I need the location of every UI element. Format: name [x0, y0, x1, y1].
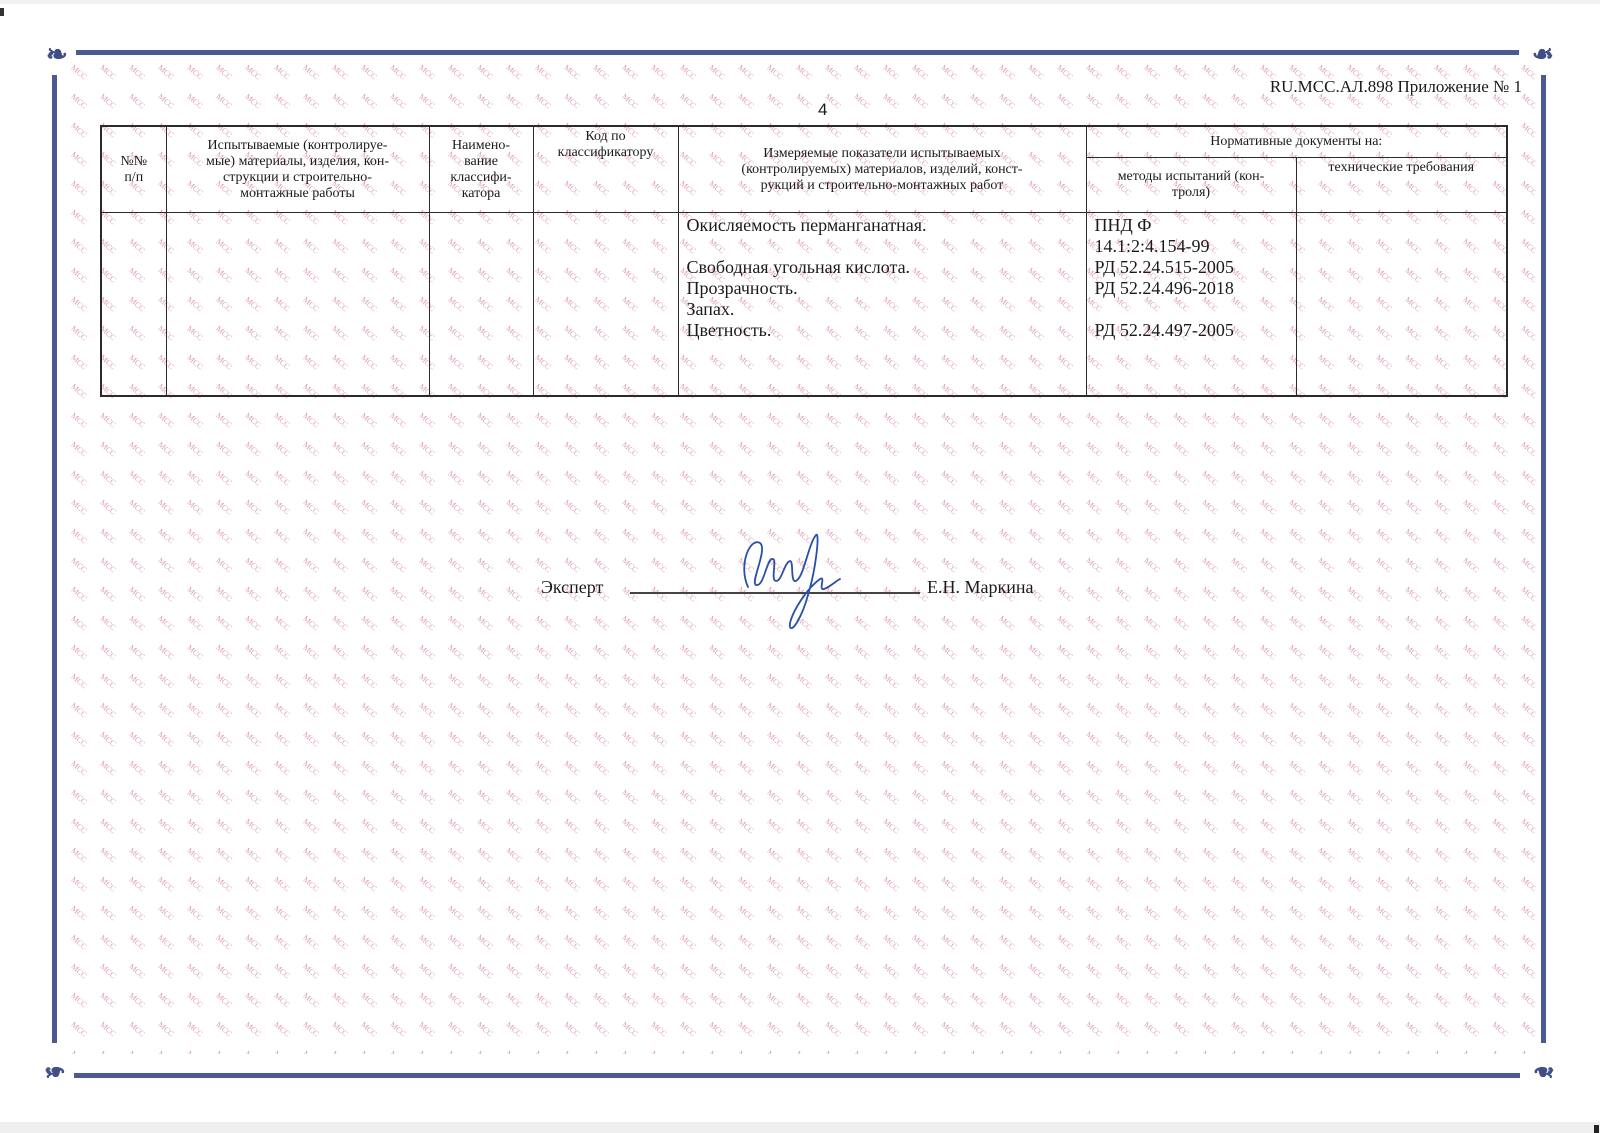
- text-line: мые) материалы, изделия, кон-: [171, 154, 425, 170]
- signatory-role: Эксперт: [541, 577, 603, 598]
- text-line: Прозрачность.: [687, 278, 1082, 299]
- header-lines: №№п/п: [106, 154, 162, 186]
- blank-line: [1095, 299, 1292, 320]
- text-line: Наимено-: [434, 138, 529, 154]
- cell-measured-indicators: Окисляемость перманганатная.Свободная уг…: [678, 213, 1086, 397]
- text-line: Измеряемые показатели испытываемых: [683, 146, 1082, 162]
- header-test-methods: методы испытаний (кон-троля): [1086, 158, 1296, 213]
- header-classifier-name: Наимено-ваниеклассифи-катора: [429, 126, 533, 213]
- text-line: Испытываемые (контролируе-: [171, 138, 425, 154]
- text-line: методы испытаний (кон-: [1091, 169, 1292, 185]
- text-line: вание: [434, 154, 529, 170]
- scan-mark: [0, 8, 4, 16]
- text-line: РД 52.24.515-2005: [1095, 257, 1292, 278]
- frame-border-top: [76, 50, 1519, 55]
- text-line: классификатору: [538, 145, 674, 161]
- text-line: РД 52.24.497-2005: [1095, 320, 1292, 341]
- text-line: Запах.: [687, 299, 1082, 320]
- frame-border-bottom: [74, 1073, 1520, 1078]
- cell-classifier-name: [429, 213, 533, 397]
- text-line: Окисляемость перманганатная.: [687, 215, 1082, 236]
- frame-border-right: [1541, 75, 1546, 1043]
- text-line: ПНД Ф: [1095, 215, 1292, 236]
- text-line: катора: [434, 186, 529, 202]
- ornament-corner-icon: ❧: [46, 42, 68, 68]
- handwritten-signature-icon: [720, 525, 860, 635]
- header-normative-docs: Нормативные документы на:: [1086, 126, 1507, 158]
- scan-mark: [1594, 1125, 1599, 1133]
- header-classifier-code: Код поклассификатору: [533, 126, 678, 213]
- text-line: (контролируемых) материалов, изделий, ко…: [683, 162, 1082, 178]
- page-number: 4: [818, 100, 827, 120]
- header-technical-requirements: технические требования: [1296, 158, 1507, 213]
- blank-line: [687, 236, 1082, 257]
- ornament-corner-icon: ❧: [1533, 1058, 1555, 1084]
- frame-border-left: [52, 75, 57, 1043]
- ornament-corner-icon: ❧: [1532, 42, 1554, 68]
- text-line: монтажные работы: [171, 186, 425, 202]
- text-line: РД 52.24.496-2018: [1095, 278, 1292, 299]
- text-line: рукций и строительно-монтажных работ: [683, 178, 1082, 194]
- text-line: №№: [106, 154, 162, 170]
- text-line: струкции и строительно-: [171, 170, 425, 186]
- text-line: Цветность.: [687, 320, 1082, 341]
- cell-tested-materials: [166, 213, 429, 397]
- table-row: Окисляемость перманганатная.Свободная уг…: [101, 213, 1507, 397]
- text-line: Свободная угольная кислота.: [687, 257, 1082, 278]
- signatory-name: Е.Н. Маркина: [927, 577, 1034, 598]
- text-line: п/п: [106, 170, 162, 186]
- text-line: классифи-: [434, 170, 529, 186]
- cell-technical-requirements: [1296, 213, 1507, 397]
- cell-number: [101, 213, 166, 397]
- header-measured-indicators: Измеряемые показатели испытываемых(контр…: [678, 126, 1086, 213]
- scan-edge-bottom: [0, 1122, 1600, 1133]
- header-tested-materials: Испытываемые (контролируе-мые) материалы…: [166, 126, 429, 213]
- text-line: Код по: [538, 129, 674, 145]
- cell-classifier-code: [533, 213, 678, 397]
- accreditation-scope-table: №№п/п Испытываемые (контролируе-мые) мат…: [100, 125, 1508, 397]
- document-reference: RU.MCC.АЛ.898 Приложение № 1: [1270, 77, 1522, 97]
- header-number: №№п/п: [101, 126, 166, 213]
- scan-edge-top: [0, 0, 1600, 4]
- ornament-corner-icon: ❧: [44, 1058, 66, 1084]
- text-line: 14.1:2:4.154-99: [1095, 236, 1292, 257]
- text-line: троля): [1091, 185, 1292, 201]
- cell-test-methods: ПНД Ф14.1:2:4.154-99РД 52.24.515-2005РД …: [1086, 213, 1296, 397]
